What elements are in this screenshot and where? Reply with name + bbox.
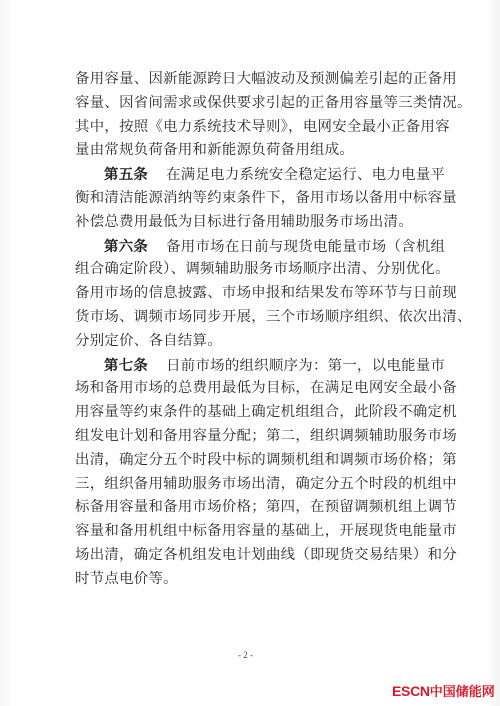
text-line: 场出清，确定各机组发电计划曲线（即现货交易结果）和分 [75,544,427,568]
document-page: 备用容量、因新能源跨日大幅波动及预测偏差引起的正备用容量、因省间需求或保供要求引… [0,0,500,706]
text-line: 衡和清洁能源消纳等约束条件下，备用市场以备用中标容量 [75,187,427,211]
line-text: 日前市场的组织顺序为：第一，以电能量市 [166,358,445,374]
text-line: 标备用容量和备用市场价格；第四，在预留调频机组上调节 [75,496,427,520]
line-text: 在满足电力系统安全稳定运行、电力电量平 [166,167,445,183]
text-line: 组合确定阶段）、调频辅助服务市场顺序出清、分别优化。 [75,258,427,282]
text-line: 其中，按照《电力系统技术导则》，电网安全最小正备用容 [75,116,427,140]
article-heading: 第五条 [104,166,148,183]
page-number: - 2 - [238,650,253,660]
escn-watermark-logo: ESCN中国储能网 [392,681,495,700]
line-text: 其中，按照《电力系统技术导则》，电网安全最小正备用容 [75,119,450,135]
text-line: 场和备用市场的总费用最低为目标，在满足电网安全最小备 [75,377,427,401]
line-text: 容量、因省间需求或保供要求引起的正备用容量等三类情况。 [75,95,472,111]
line-text: 标备用容量和备用市场价格；第四，在预留调频机组上调节 [75,499,457,515]
watermark-latin: ESCN [392,683,430,699]
text-line: 出清，确定分五个时段中标的调频机组和调频市场价格；第 [75,449,427,473]
text-line: 备用市场的信息披露、市场申报和结果发布等环节与日前现 [75,282,427,306]
line-text: 衡和清洁能源消纳等约束条件下，备用市场以备用中标容量 [75,190,457,206]
line-text: 量由常规负荷备用和新能源负荷备用组成。 [75,142,354,158]
document-body: 备用容量、因新能源跨日大幅波动及预测偏差引起的正备用容量、因省间需求或保供要求引… [75,68,427,592]
article-line: 第六条备用市场在日前与现货电能量市场（含机组 [75,235,427,259]
line-text: 组合确定阶段）、调频辅助服务市场顺序出清、分别优化。 [75,261,450,277]
text-line: 时节点电价等。 [75,568,427,592]
line-text: 货市场、调频市场同步开展，三个市场顺序组织、依次出清、 [75,309,472,325]
text-line: 三，组织备用辅助服务市场出清，确定分五个时段的机组中 [75,473,427,497]
line-text: 三，组织备用辅助服务市场出清，确定分五个时段的机组中 [75,476,457,492]
line-text: 用容量等约束条件的基础上确定机组组合，此阶段不确定机 [75,404,457,420]
line-text: 备用容量、因新能源跨日大幅波动及预测偏差引起的正备用 [75,71,457,87]
article-line: 第七条日前市场的组织顺序为：第一，以电能量市 [75,354,427,378]
text-line: 分别定价、各自结算。 [75,330,427,354]
line-text: 组发电计划和备用容量分配；第二，组织调频辅助服务市场 [75,428,457,444]
line-text: 时节点电价等。 [75,571,178,587]
text-line: 备用容量、因新能源跨日大幅波动及预测偏差引起的正备用 [75,68,427,92]
text-line: 容量和备用机组中标备用容量的基础上，开展现货电能量市 [75,520,427,544]
text-line: 组发电计划和备用容量分配；第二，组织调频辅助服务市场 [75,425,427,449]
article-heading: 第六条 [104,238,148,255]
line-text: 补偿总费用最低为目标进行备用辅助服务市场出清。 [75,214,413,230]
text-line: 用容量等约束条件的基础上确定机组组合，此阶段不确定机 [75,401,427,425]
line-text: 容量和备用机组中标备用容量的基础上，开展现货电能量市 [75,523,457,539]
text-line: 货市场、调频市场同步开展，三个市场顺序组织、依次出清、 [75,306,427,330]
text-line: 容量、因省间需求或保供要求引起的正备用容量等三类情况。 [75,92,427,116]
line-text: 场和备用市场的总费用最低为目标，在满足电网安全最小备 [75,380,457,396]
line-text: 分别定价、各自结算。 [75,333,222,349]
text-line: 量由常规负荷备用和新能源负荷备用组成。 [75,139,427,163]
line-text: 备用市场的信息披露、市场申报和结果发布等环节与日前现 [75,285,457,301]
line-text: 备用市场在日前与现货电能量市场（含机组 [166,239,445,255]
watermark-chinese: 中国储能网 [430,685,495,700]
text-line: 补偿总费用最低为目标进行备用辅助服务市场出清。 [75,211,427,235]
line-text: 场出清，确定各机组发电计划曲线（即现货交易结果）和分 [75,547,457,563]
line-text: 出清，确定分五个时段中标的调频机组和调频市场价格；第 [75,452,457,468]
article-line: 第五条在满足电力系统安全稳定运行、电力电量平 [75,163,427,187]
article-heading: 第七条 [104,357,148,374]
